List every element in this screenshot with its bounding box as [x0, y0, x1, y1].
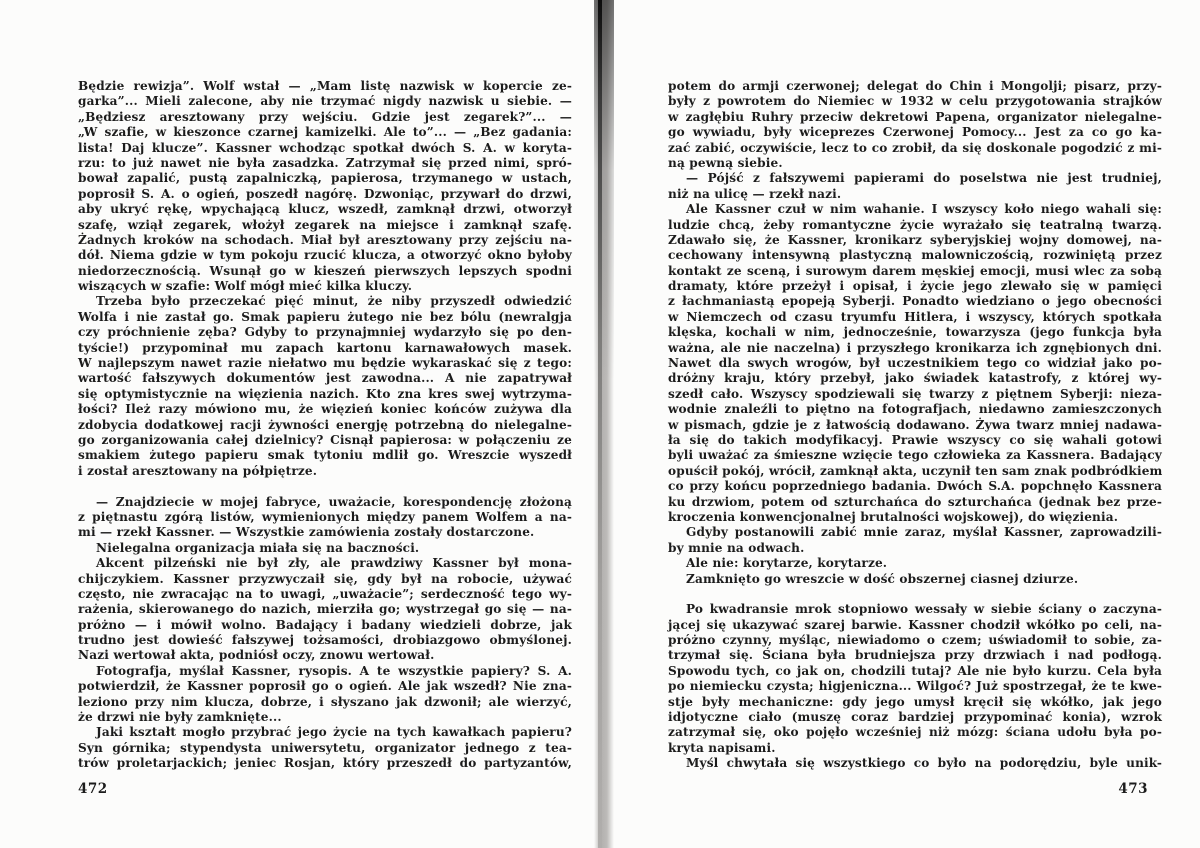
- text-line: trów proletarjackich; jeniec Rosjan, któ…: [78, 756, 572, 771]
- text-line: tyście!) przypominał mu zapach kartonu k…: [78, 341, 572, 356]
- text-line: zatrzymał się, oko pojęło wcześniej niż …: [668, 725, 1162, 740]
- text-line: stje były mechaniczne: gdy jego umysł kr…: [668, 695, 1162, 710]
- text-line: jącej się ukazywać szarej barwie. Kassne…: [668, 618, 1162, 633]
- book-gutter-shadow: [594, 0, 614, 848]
- text-line: Myśl chwytała się wszystkiego co było na…: [668, 756, 1162, 771]
- paragraph: Trzeba było przeczekać pięć minut, że ni…: [78, 294, 572, 479]
- text-line: kryta napisami.: [668, 741, 1162, 756]
- text-line: Nawet dla swych wrogów, był uczestnikiem…: [668, 356, 1162, 371]
- paragraph: Akcent pilzeński nie był zły, ale prawdz…: [78, 556, 572, 664]
- book-spine-line: [598, 0, 602, 848]
- text-line: w Niemczech od czasu tryumfu Hitlera, i …: [668, 310, 1162, 325]
- text-line: ludzie chcą, żeby romantyczne życie wyra…: [668, 218, 1162, 233]
- right-page-text: potem do armji czerwonej; delegat do Chi…: [668, 79, 1162, 772]
- paragraph: potem do armji czerwonej; delegat do Chi…: [668, 79, 1162, 171]
- text-line: szafę, wziął zegarek, włożył zegarek na …: [78, 218, 572, 233]
- text-line: ważna, ale nie naczelna) i przyszłego kr…: [668, 341, 1162, 356]
- book-scan: Będzie rewizja”. Wolf wstał — „Mam listę…: [0, 0, 1200, 848]
- text-line: leziono przy nim klucza, dobrze, i słysz…: [78, 695, 572, 710]
- paragraph: Zamknięto go wreszcie w dość obszernej c…: [668, 572, 1162, 587]
- text-line: kontakt ze sceną, i surowym darem męskie…: [668, 264, 1162, 279]
- text-line: Akcent pilzeński nie był zły, ale prawdz…: [78, 556, 572, 571]
- text-line: by mnie na odwach.: [668, 541, 1162, 556]
- text-line: wodnie znaleźli to piętno na fotografjac…: [668, 402, 1162, 417]
- text-line: kroczenia konwencjonalnej brutalności wo…: [668, 510, 1162, 525]
- text-line: i został aresztowany na półpiętrze.: [78, 464, 572, 479]
- paragraph: Nielegalna organizacja miała się na bacz…: [78, 541, 572, 556]
- text-line: ną pewną siebie.: [668, 156, 1162, 171]
- text-line: wiszących w szafie: Wolf mógł mieć kilka…: [78, 279, 572, 294]
- text-line: próżno — i mówił wolno. Badający i badan…: [78, 618, 572, 633]
- text-line: opuścił pokój, wrócił, zamknął akta, ucz…: [668, 464, 1162, 479]
- text-line: Po kwadransie mrok stopniowo wessały w s…: [668, 602, 1162, 617]
- text-line: dół. Niema gdzie w tym pokoju rzucić klu…: [78, 248, 572, 263]
- text-line: klęska, kochali w nim, jednocześnie, tow…: [668, 325, 1162, 340]
- text-line: Wolfa i nie zastał go. Smak papieru żute…: [78, 310, 572, 325]
- text-line: niedorzecznością. Wsunął go w kieszeń pi…: [78, 264, 572, 279]
- paragraph: Fotografja, myślał Kassner, rysopis. A t…: [78, 664, 572, 726]
- text-line: W najlepszym nawet razie niełatwo mu będ…: [78, 356, 572, 371]
- text-line: w zagłębiu Ruhry przeciw dekretowi Papen…: [668, 110, 1162, 125]
- text-line: smakiem żutego papieru smak tytoniu mdli…: [78, 448, 572, 463]
- text-line: były z powrotem do Niemiec w 1932 w celu…: [668, 94, 1162, 109]
- text-line: Syn górnika; stypendysta uniwersytetu, o…: [78, 741, 572, 756]
- text-line: Nielegalna organizacja miała się na bacz…: [78, 541, 572, 556]
- text-line: Ale nie: korytarze, korytarze.: [668, 556, 1162, 571]
- text-line: ła się do takich modyfikacyj. Prawie wsz…: [668, 433, 1162, 448]
- text-line: idjotyczne ciało (muszę coraz bardziej p…: [668, 710, 1162, 725]
- text-line: często, nie zwracając na to uwagi, „uważ…: [78, 587, 572, 602]
- text-line: Zdawało się, że Kassner, kronikarz syber…: [668, 233, 1162, 248]
- text-line: Jaki kształt mogło przybrać jego życie n…: [78, 725, 572, 740]
- text-line: Nazi wertował akta, podniósł oczy, znowu…: [78, 648, 572, 663]
- paragraph: Będzie rewizja”. Wolf wstał — „Mam listę…: [78, 79, 572, 294]
- text-line: aby ukryć rękę, wpychającą klucz, wszedł…: [78, 202, 572, 217]
- text-line: Trzeba było przeczekać pięć minut, że ni…: [78, 294, 572, 309]
- text-line: „Będziesz aresztowany przy wejściu. Gdzi…: [78, 110, 572, 125]
- text-line: dramaty, które przeżył i opisał, i życie…: [668, 279, 1162, 294]
- text-line: byli uważać za śmieszne wzięcie tego czł…: [668, 448, 1162, 463]
- text-line: potwierdził, że Kassner poprosił go o og…: [78, 679, 572, 694]
- text-line: co przy końcu poprzedniego badania. Dwóc…: [668, 479, 1162, 494]
- text-line: szedł cało. Wszyscy spodziewali się twar…: [668, 387, 1162, 402]
- text-line: chijczykiem. Kassner przyzwyczaił się, g…: [78, 572, 572, 587]
- paragraph: Ale nie: korytarze, korytarze.: [668, 556, 1162, 571]
- text-line: Fotografja, myślał Kassner, rysopis. A t…: [78, 664, 572, 679]
- text-line: trzymał się. Ściana była brudniejsza prz…: [668, 648, 1162, 663]
- text-line: go zorganizowania całej dzielnicy? Cisną…: [78, 433, 572, 448]
- text-line: próżno czynny, myśląc, niewiadomo o czem…: [668, 633, 1162, 648]
- text-line: z piętnastu zgórą listów, wymienionych m…: [78, 510, 572, 525]
- text-line: czy próchnienie zęba? Gdyby to przynajmn…: [78, 325, 572, 340]
- paragraph: Myśl chwytała się wszystkiego co było na…: [668, 756, 1162, 771]
- paragraph: Gdyby postanowili zabić mnie zaraz, myśl…: [668, 525, 1162, 556]
- text-line: Gdyby postanowili zabić mnie zaraz, myśl…: [668, 525, 1162, 540]
- text-line: mi — rzekł Kassner. — Wszystkie zamówien…: [78, 525, 572, 540]
- paragraph: Jaki kształt mogło przybrać jego życie n…: [78, 725, 572, 771]
- text-line: trudno jest dowieść fałszywej tożsamości…: [78, 633, 572, 648]
- text-line: ku drzwiom, potem od szturchańca do sztu…: [668, 495, 1162, 510]
- text-line: Ale Kassner czuł w nim wahanie. I wszysc…: [668, 202, 1162, 217]
- right-page-number: 473: [1112, 781, 1148, 797]
- text-line: po niemiecku czysta; higjeniczna... Wilg…: [668, 679, 1162, 694]
- text-line: lista! Daj klucze”. Kassner wchodząc spo…: [78, 141, 572, 156]
- text-line: — Pójść z fałszywemi papierami do posels…: [668, 171, 1162, 186]
- text-line: zdobycia dodatkowej racji żywności energ…: [78, 418, 572, 433]
- text-line: — Znajdziecie w mojej fabryce, uważacie,…: [78, 495, 572, 510]
- paragraph: Ale Kassner czuł w nim wahanie. I wszysc…: [668, 202, 1162, 525]
- text-line: cechowany intensywną plastyczną malownic…: [668, 248, 1162, 263]
- paragraph: — Pójść z fałszywemi papierami do posels…: [668, 171, 1162, 202]
- paragraph: — Znajdziecie w mojej fabryce, uważacie,…: [78, 495, 572, 541]
- text-line: się optymistycznie na więzienia nazich. …: [78, 387, 572, 402]
- text-line: bował zapalić, pustą zapalniczką, papier…: [78, 171, 572, 186]
- paragraph: Po kwadransie mrok stopniowo wessały w s…: [668, 602, 1162, 756]
- text-line: wartość fałszywych dokumentów jest zawod…: [78, 371, 572, 386]
- text-line: rzu: to już nawet nie była zasadzka. Zat…: [78, 156, 572, 171]
- text-line: Spowodu tych, co jak on, chodzili tutaj?…: [668, 664, 1162, 679]
- text-line: Będzie rewizja”. Wolf wstał — „Mam listę…: [78, 79, 572, 94]
- text-line: potem do armji czerwonej; delegat do Chi…: [668, 79, 1162, 94]
- text-line: Zamknięto go wreszcie w dość obszernej c…: [668, 572, 1162, 587]
- text-line: poprosił S. A. o ogień, poszedł nagórę. …: [78, 187, 572, 202]
- text-line: dróżny kraju, który przebył, jako świade…: [668, 371, 1162, 386]
- text-line: Żadnych kroków na schodach. Miał był are…: [78, 233, 572, 248]
- text-line: w pismach, gdzie je z łatwością dodawano…: [668, 418, 1162, 433]
- text-line: rażenia, skierowanego do nazich, mierził…: [78, 602, 572, 617]
- text-line: „W szafie, w kieszonce czarnej kamizelki…: [78, 125, 572, 140]
- text-line: garka”... Mieli zalecone, aby nie trzyma…: [78, 94, 572, 109]
- text-line: że drzwi nie były zamknięte...: [78, 710, 572, 725]
- text-line: łości? Ileż razy mówiono mu, że więzień …: [78, 402, 572, 417]
- text-line: zać zabić, oczywiście, lecz to co zrobił…: [668, 141, 1162, 156]
- text-line: z łachmaniastą epopeją Syberji. Ponadto …: [668, 294, 1162, 309]
- left-page-text: Będzie rewizja”. Wolf wstał — „Mam listę…: [78, 79, 572, 772]
- text-line: go wywiadu, były wiceprezes Czerwonej Po…: [668, 125, 1162, 140]
- text-line: niż na ulicę — rzekł nazi.: [668, 187, 1162, 202]
- left-page-number: 472: [78, 781, 108, 797]
